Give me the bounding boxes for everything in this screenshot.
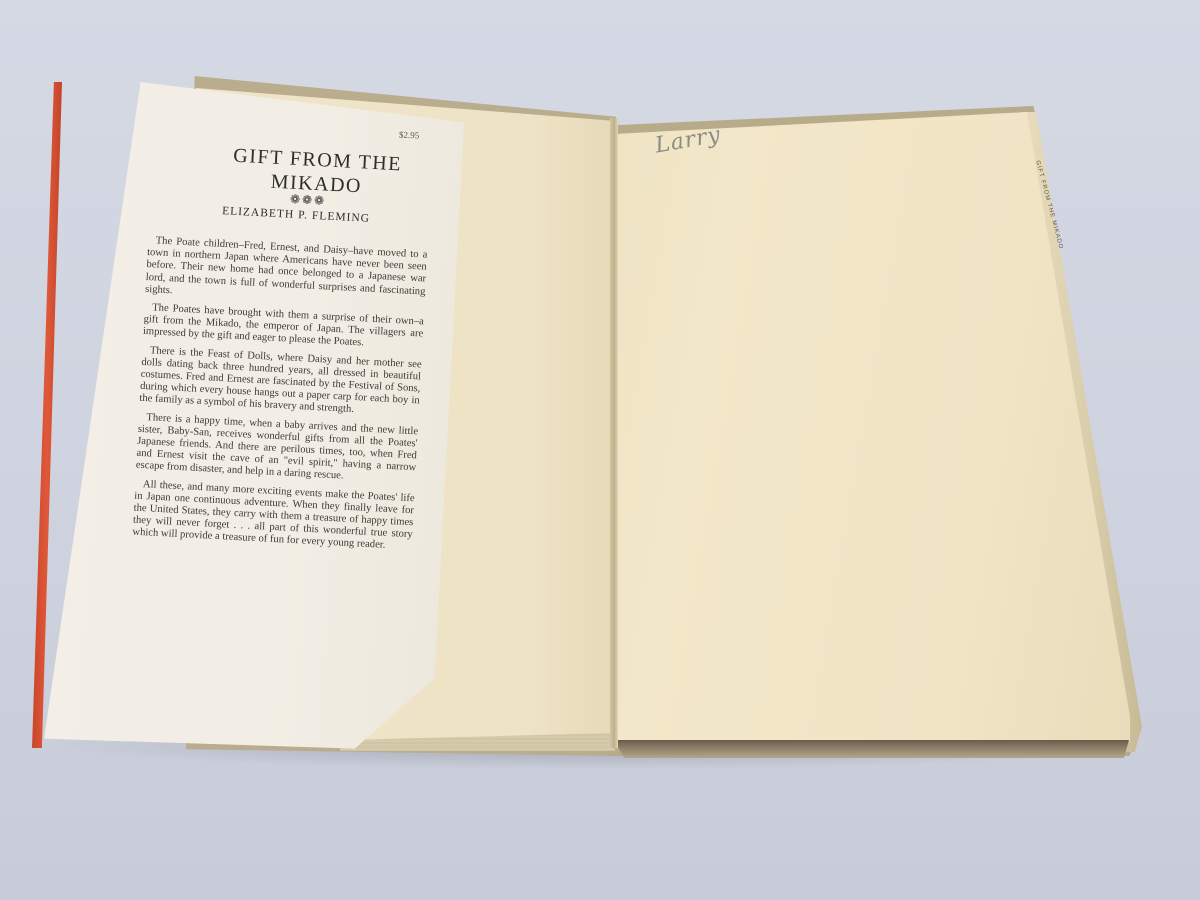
book-gutter [610, 118, 618, 748]
jacket-price: $2.95 [399, 130, 420, 141]
blurb-paragraph: All these, and many more exciting events… [132, 478, 415, 554]
right-board-bottom-edge [614, 740, 1129, 758]
jacket-blurb: The Poate children–Fred, Ernest, and Dai… [132, 235, 428, 560]
book-title: GIFT FROM THE MIKADO [231, 144, 403, 201]
blurb-paragraph: The Poates have brought with them a surp… [143, 302, 425, 353]
flower-ornament-icon: ❁❁❁ [290, 192, 327, 209]
blurb-paragraph: There is a happy time, when a baby arriv… [136, 411, 419, 487]
blurb-paragraph: There is the Feast of Dolls, where Daisy… [139, 344, 422, 420]
book-photo: GIFT FROM THE MIKADO Larry $2.95 GIFT FR… [0, 0, 1200, 900]
